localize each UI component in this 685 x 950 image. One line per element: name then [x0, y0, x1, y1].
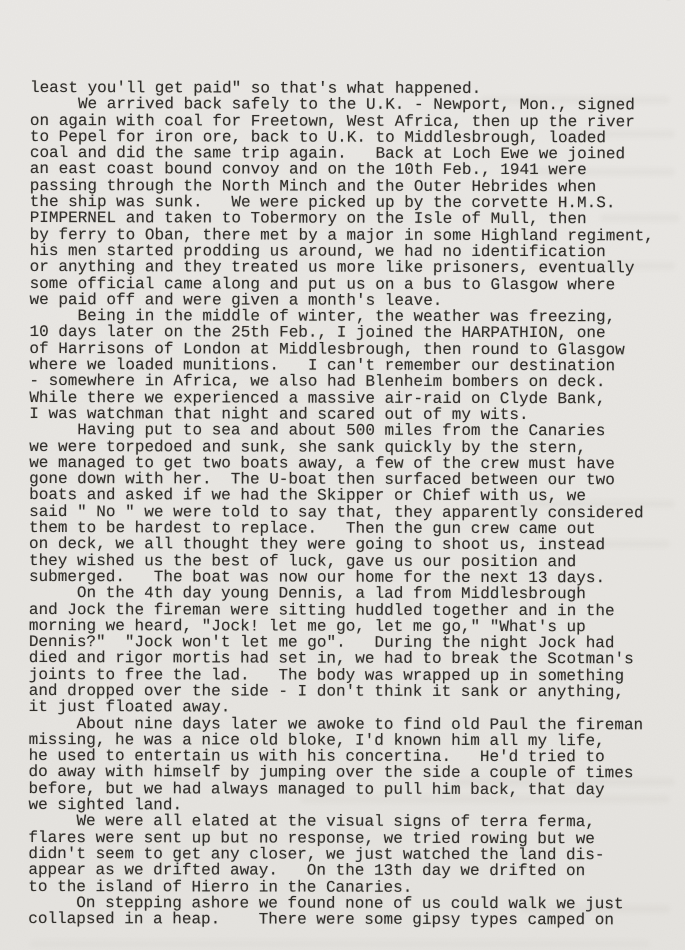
scanned-typescript-page: { "page": { "page_number_partial": "5", …	[0, 0, 685, 950]
text-line: collapsed in a heap. There were some gip…	[28, 911, 668, 929]
page-number-partial: 5	[664, 0, 673, 5]
typewritten-text: least you'll get paid" so that's what ha…	[28, 80, 670, 929]
ghost-mark	[30, 940, 650, 948]
paper-background: 5 least you'll get paid" so that's what …	[0, 0, 685, 950]
text-line: On the 4th day young Dennis, a lad from …	[29, 585, 669, 603]
